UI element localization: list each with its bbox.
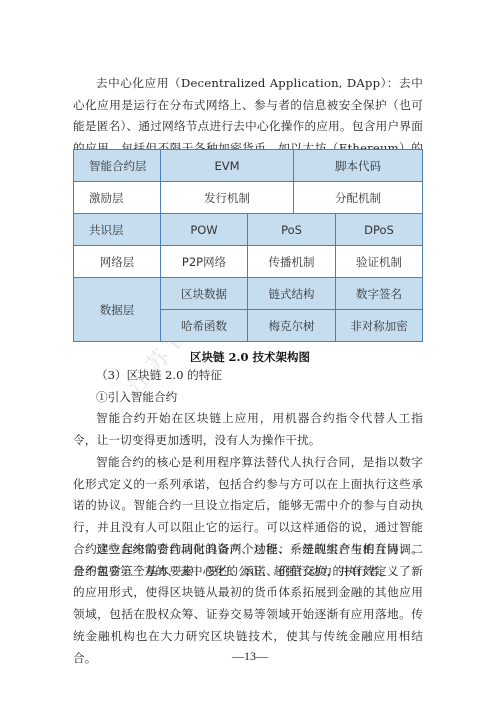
table-cell: 哈希函数: [161, 310, 248, 342]
table-cell: 传播机制: [248, 246, 336, 278]
table-cell: DPoS: [336, 214, 423, 246]
layer-label: 数据层: [74, 278, 161, 342]
table-row-incentive-layer: 激励层 发行机制 分配机制: [74, 182, 423, 214]
table-cell: 区块数据: [161, 278, 248, 310]
body-paragraph: 智能合约开始在区块链上应用，用机器合约指令代替人工指令，让一切变得更加透明，没有…: [73, 408, 423, 451]
layer-label: 智能合约层: [74, 150, 161, 182]
table-cell: 数字签名: [336, 278, 423, 310]
layer-label: 网络层: [74, 246, 161, 278]
table-cell: P2P网络: [161, 246, 248, 278]
table-cell: 链式结构: [248, 278, 336, 310]
figure-caption: 区块链 2.0 技术架构图: [0, 349, 500, 365]
table-cell: 发行机制: [161, 182, 294, 214]
page-number: —13—: [0, 649, 500, 664]
table-cell: PoS: [248, 214, 336, 246]
layer-label: 共识层: [74, 214, 161, 246]
table-row-contract-layer: 智能合约层 EVM 脚本代码: [74, 150, 423, 182]
layer-label: 激励层: [74, 182, 161, 214]
table-cell: EVM: [161, 150, 294, 182]
table-cell: 分配机制: [294, 182, 423, 214]
table-cell: 验证机制: [336, 246, 423, 278]
table-row-consensus-layer: 共识层 POW PoS DPoS: [74, 214, 423, 246]
table-cell: 脚本代码: [294, 150, 423, 182]
table-cell: POW: [161, 214, 248, 246]
table-cell: 梅克尔树: [248, 310, 336, 342]
architecture-table: 智能合约层 EVM 脚本代码 激励层 发行机制 分配机制 共识层 POW PoS…: [73, 149, 423, 342]
section-heading: （3）区块链 2.0 的特征: [96, 365, 222, 385]
subheading: ①引入智能合约: [96, 387, 177, 407]
table-row-data-layer: 数据层 区块数据 链式结构 数字签名: [74, 278, 423, 310]
table-row-network-layer: 网络层 P2P网络 传播机制 验证机制: [74, 246, 423, 278]
table-cell: 非对称加密: [336, 310, 423, 342]
